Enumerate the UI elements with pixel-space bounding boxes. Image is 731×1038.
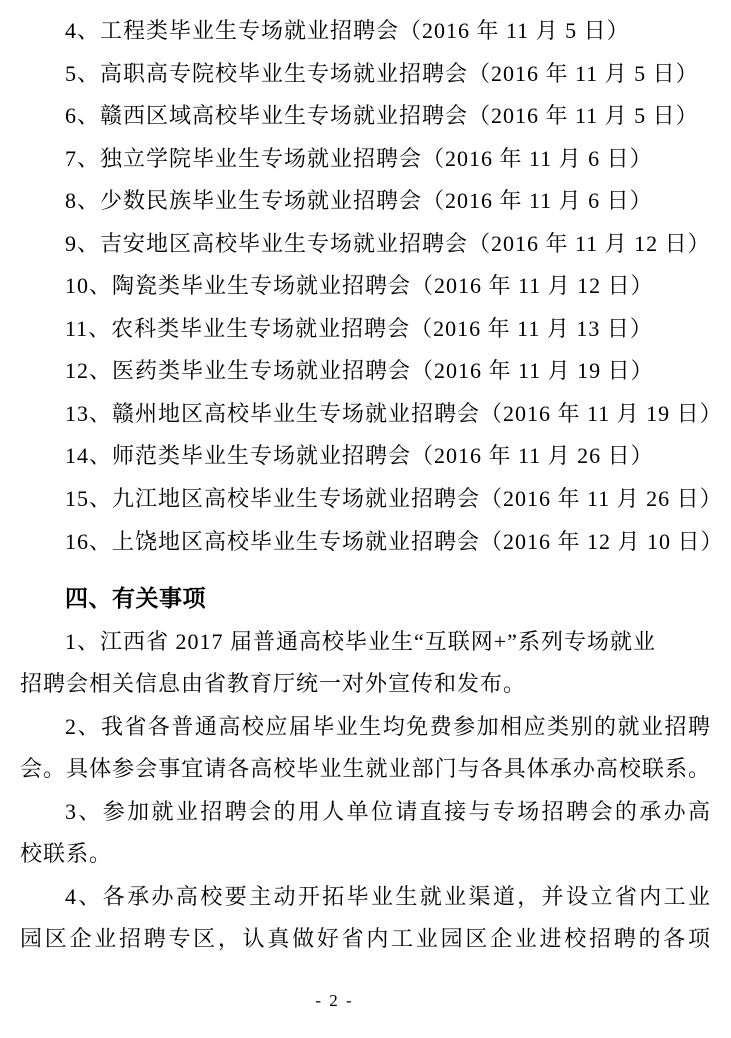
list-item: 13、赣州地区高校毕业生专场就业招聘会（2016 年 11 月 19 日） <box>20 393 711 436</box>
page-footer: - 2 - <box>0 991 669 1011</box>
paragraph-line: 2、我省各普通高校应届毕业生均免费参加相应类别的就业招聘 <box>20 706 711 749</box>
list-item: 6、赣西区域高校毕业生专场就业招聘会（2016 年 11 月 5 日） <box>20 95 711 138</box>
list-item: 4、工程类毕业生专场就业招聘会（2016 年 11 月 5 日） <box>20 10 711 53</box>
list-item: 16、上饶地区高校毕业生专场就业招聘会（2016 年 12 月 10 日） <box>20 521 711 564</box>
list-item: 8、少数民族毕业生专场就业招聘会（2016 年 11 月 6 日） <box>20 180 711 223</box>
list-item: 9、吉安地区高校毕业生专场就业招聘会（2016 年 11 月 12 日） <box>20 223 711 266</box>
paragraph-line: 4、各承办高校要主动开拓毕业生就业渠道，并设立省内工业 <box>20 876 711 919</box>
list-item: 11、农科类毕业生专场就业招聘会（2016 年 11 月 13 日） <box>20 308 711 351</box>
page-number: - 2 - <box>315 991 353 1010</box>
paragraph-line: 校联系。 <box>20 833 711 876</box>
paragraph: 2、我省各普通高校应届毕业生均免费参加相应类别的就业招聘 会。具体参会事宜请各高… <box>20 706 711 791</box>
paragraph: 3、参加就业招聘会的用人单位请直接与专场招聘会的承办高 校联系。 <box>20 791 711 876</box>
list-item: 15、九江地区高校毕业生专场就业招聘会（2016 年 11 月 26 日） <box>20 478 711 521</box>
paragraph-line: 3、参加就业招聘会的用人单位请直接与专场招聘会的承办高 <box>20 791 711 834</box>
paragraph-line: 招聘会相关信息由省教育厅统一对外宣传和发布。 <box>20 663 711 706</box>
paragraph-line: 1、江西省 2017 届普通高校毕业生“互联网+”系列专场就业 <box>20 621 711 664</box>
section-heading: 四、有关事项 <box>20 578 711 621</box>
list-item: 12、医药类毕业生专场就业招聘会（2016 年 11 月 19 日） <box>20 350 711 393</box>
document-body: 4、工程类毕业生专场就业招聘会（2016 年 11 月 5 日） 5、高职高专院… <box>20 10 711 961</box>
list-item: 10、陶瓷类毕业生专场就业招聘会（2016 年 11 月 12 日） <box>20 265 711 308</box>
document-page: 4、工程类毕业生专场就业招聘会（2016 年 11 月 5 日） 5、高职高专院… <box>0 0 731 1038</box>
list-item: 5、高职高专院校毕业生专场就业招聘会（2016 年 11 月 5 日） <box>20 53 711 96</box>
paragraph-line: 会。具体参会事宜请各高校毕业生就业部门与各具体承办高校联系。 <box>20 748 711 791</box>
paragraph-line: 园区企业招聘专区，认真做好省内工业园区企业进校招聘的各项 <box>20 918 711 961</box>
list-item: 14、师范类毕业生专场就业招聘会（2016 年 11 月 26 日） <box>20 435 711 478</box>
list-item: 7、独立学院毕业生专场就业招聘会（2016 年 11 月 6 日） <box>20 138 711 181</box>
paragraph: 1、江西省 2017 届普通高校毕业生“互联网+”系列专场就业 招聘会相关信息由… <box>20 621 711 706</box>
paragraph: 4、各承办高校要主动开拓毕业生就业渠道，并设立省内工业 园区企业招聘专区，认真做… <box>20 876 711 961</box>
